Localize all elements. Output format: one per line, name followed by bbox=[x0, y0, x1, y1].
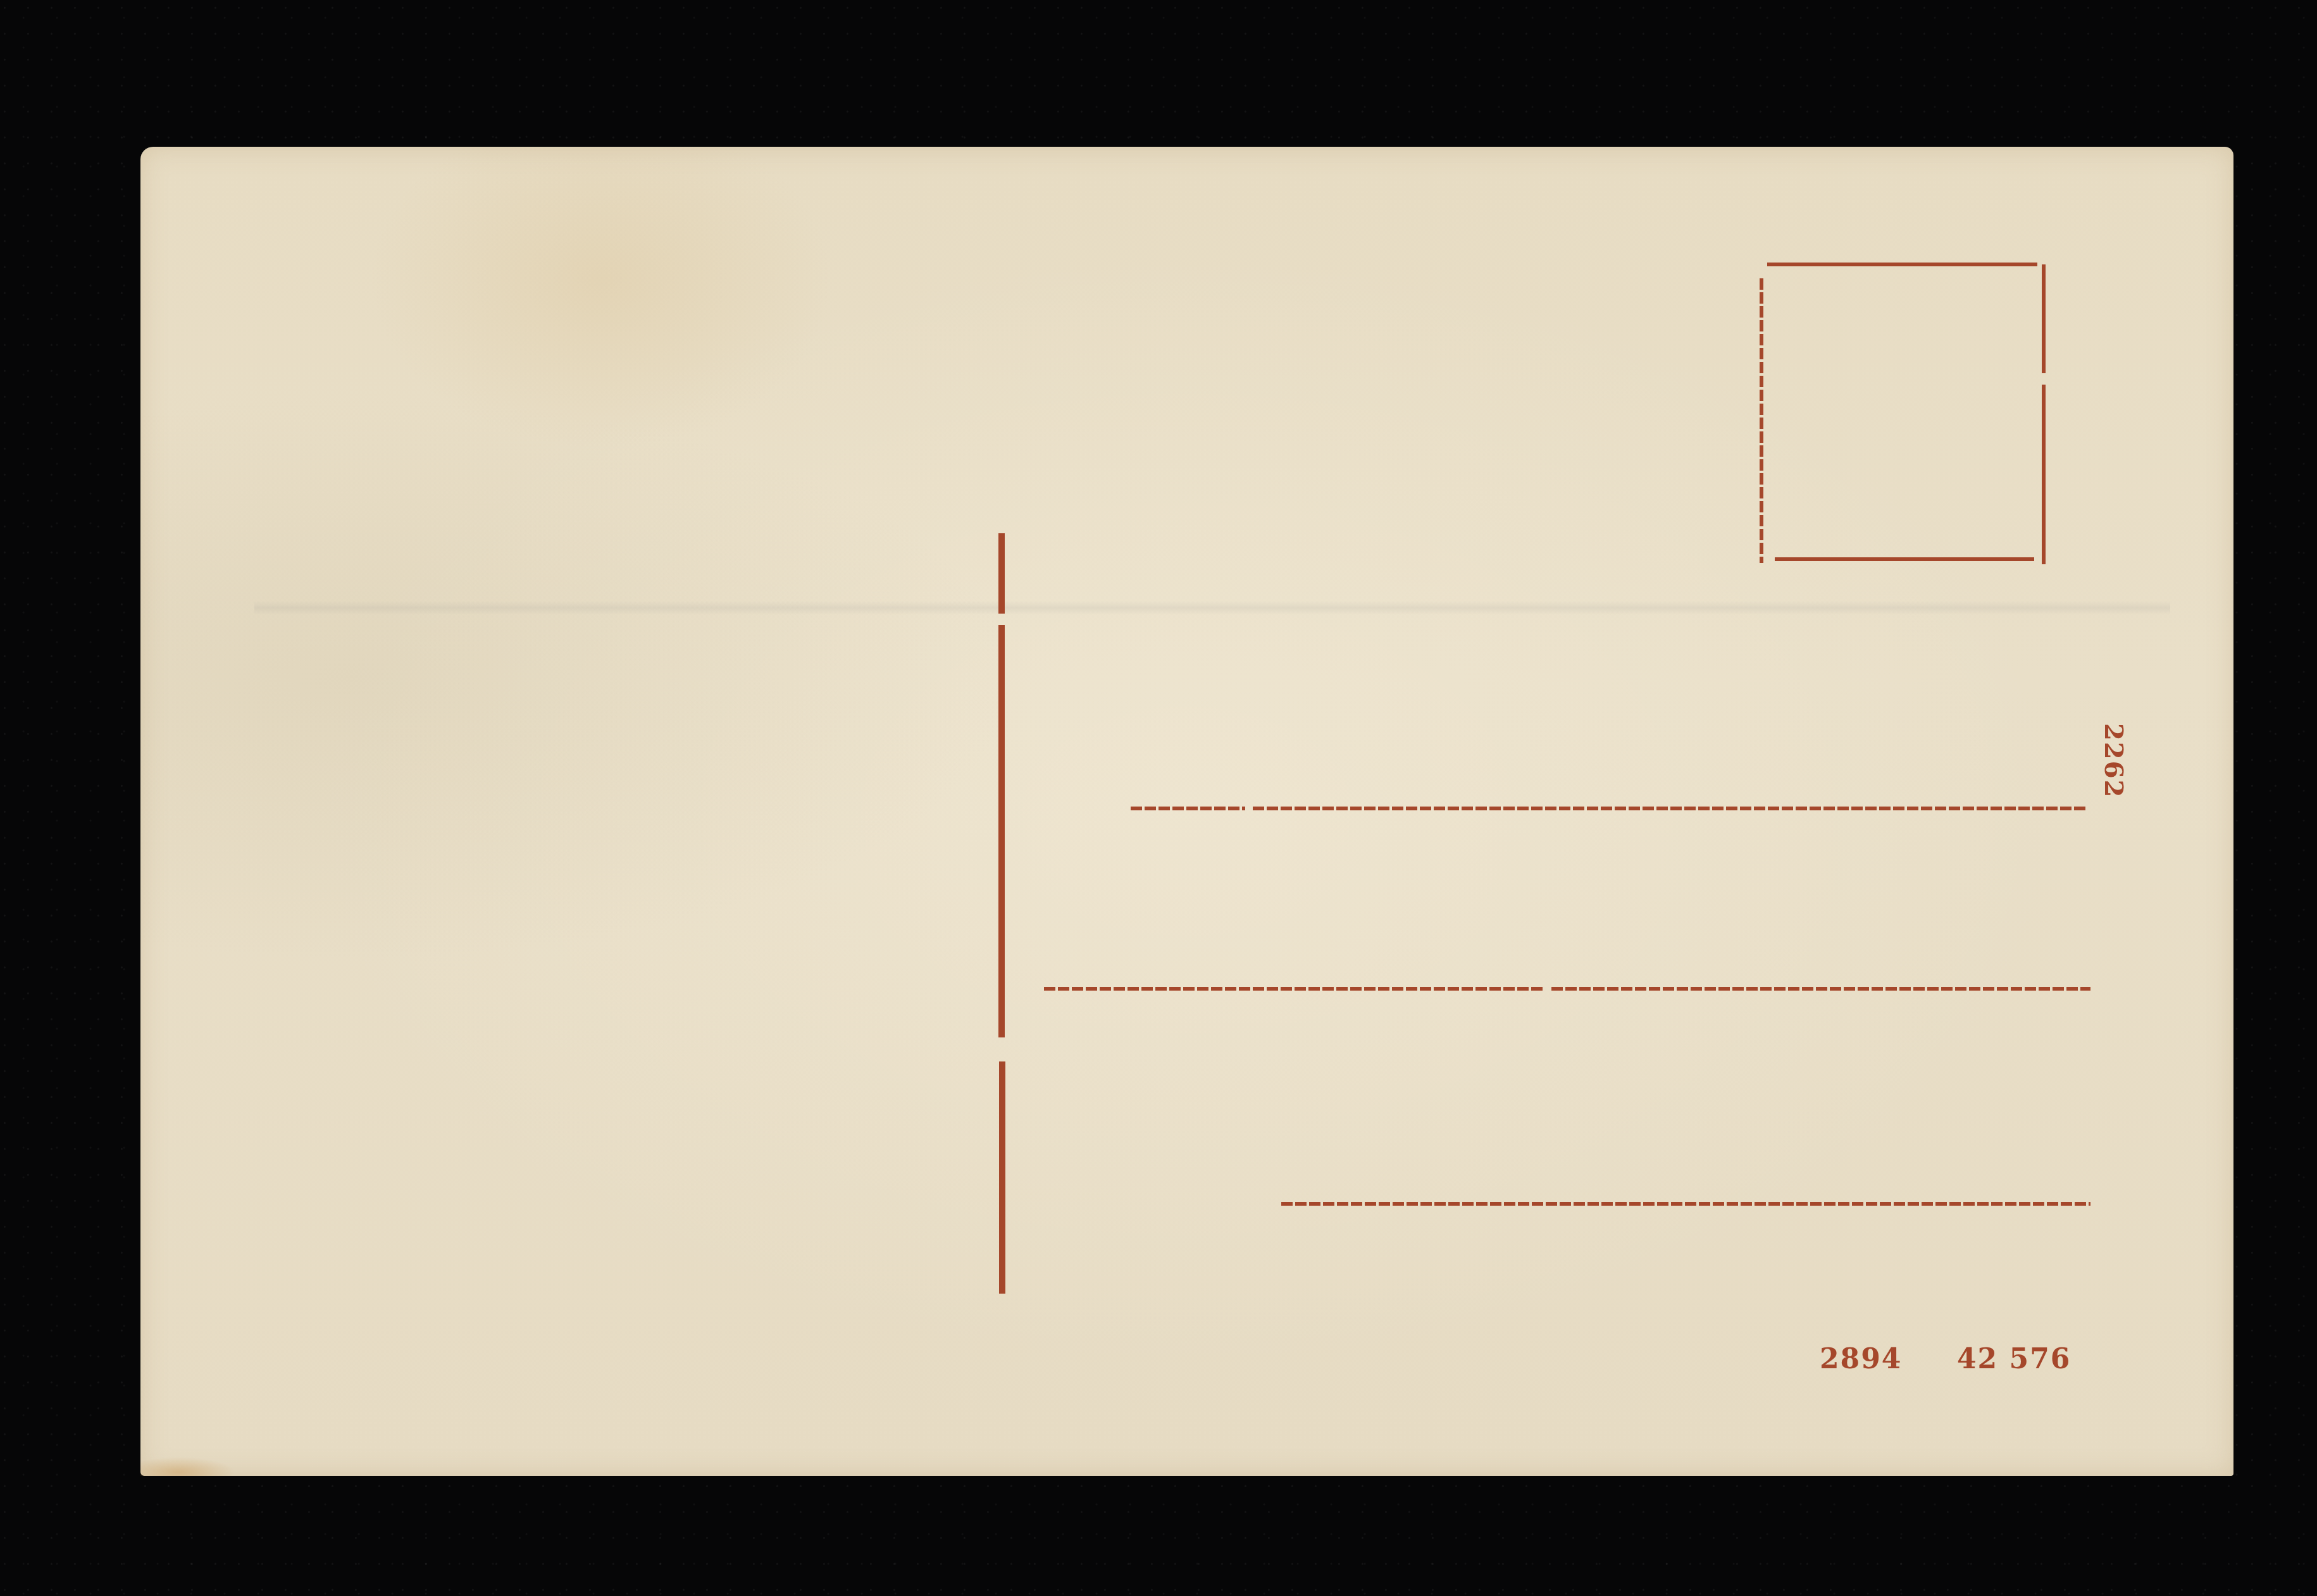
divider-segment-middle bbox=[998, 625, 1005, 1037]
postcard bbox=[140, 147, 2233, 1476]
stamp-box-right-edge-lower bbox=[2042, 385, 2046, 564]
side-print-number: 2262 bbox=[2101, 723, 2126, 798]
address-line-1-right bbox=[1253, 807, 2086, 810]
address-line-3 bbox=[1281, 1202, 2090, 1206]
bottom-print-number-right: 42 576 bbox=[1957, 1345, 2071, 1373]
address-line-2-right bbox=[1551, 987, 2090, 991]
age-stain bbox=[140, 1457, 235, 1476]
bottom-print-number-left: 2894 bbox=[1820, 1345, 1902, 1373]
stamp-box-bottom-edge bbox=[1775, 557, 2034, 561]
address-line-2-left bbox=[1044, 987, 1544, 991]
address-line-1-left bbox=[1131, 807, 1245, 810]
stamp-box-top-edge bbox=[1767, 263, 2037, 266]
stamp-box-right-edge-upper bbox=[2042, 264, 2046, 373]
divider-segment-bottom bbox=[999, 1061, 1005, 1294]
stamp-box-left-edge bbox=[1760, 278, 1763, 563]
divider-segment-top bbox=[998, 533, 1005, 614]
